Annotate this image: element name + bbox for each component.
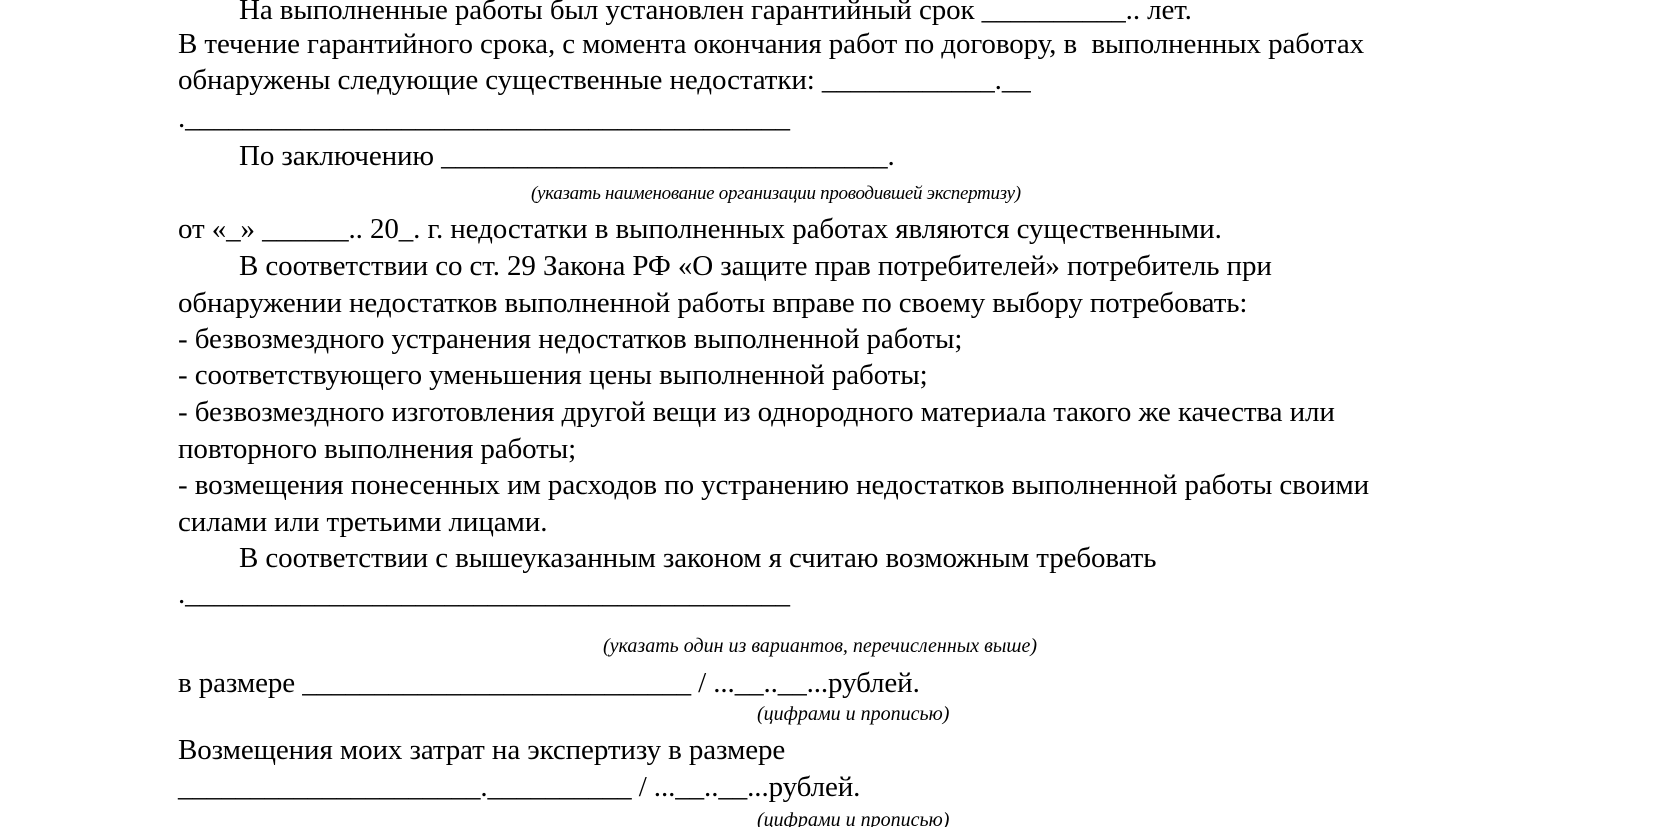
option-3-line: - безвозмездного изготовления другой вещ… — [178, 395, 1335, 429]
defects-blank-line: ._______________________________________… — [178, 101, 790, 135]
amount-line: в размере ___________________________ / … — [178, 666, 920, 700]
warranty-line: На выполненные работы был установлен гар… — [239, 0, 1192, 27]
during-warranty-line: В течение гарантийного срока, с момента … — [178, 27, 1364, 61]
expertise-amount-line: _____________________.__________ / ...__… — [178, 770, 860, 804]
demand-blank-line: ._______________________________________… — [178, 577, 790, 611]
expertise-hint: (цифрами и прописью) — [757, 808, 949, 827]
option-3-continued-line: повторного выполнения работы; — [178, 432, 576, 466]
option-2-line: - соответствующего уменьшения цены выпол… — [178, 358, 928, 392]
expertise-cost-line: Возмещения моих затрат на экспертизу в р… — [178, 733, 785, 767]
amount-hint: (цифрами и прописью) — [757, 702, 949, 726]
conclusion-hint: (указать наименование организации провод… — [531, 182, 1021, 206]
demand-line: В соответствии с вышеуказанным законом я… — [239, 541, 1156, 575]
document-page: На выполненные работы был установлен гар… — [0, 0, 1654, 827]
demand-hint: (указать один из вариантов, перечисленны… — [603, 634, 1037, 658]
defects-found-line: обнаружены следующие существенные недост… — [178, 63, 1031, 97]
conclusion-line: По заключению __________________________… — [239, 139, 895, 173]
option-4-continued-line: силами или третьими лицами. — [178, 505, 547, 539]
law-reference-line: В соответствии со ст. 29 Закона РФ «О за… — [239, 249, 1272, 283]
date-line: от «_» ______.. 20_. г. недостатки в вып… — [178, 212, 1222, 246]
option-4-line: - возмещения понесенных им расходов по у… — [178, 468, 1369, 502]
option-1-line: - безвозмездного устранения недостатков … — [178, 322, 962, 356]
law-reference-continued-line: обнаружении недостатков выполненной рабо… — [178, 286, 1247, 320]
